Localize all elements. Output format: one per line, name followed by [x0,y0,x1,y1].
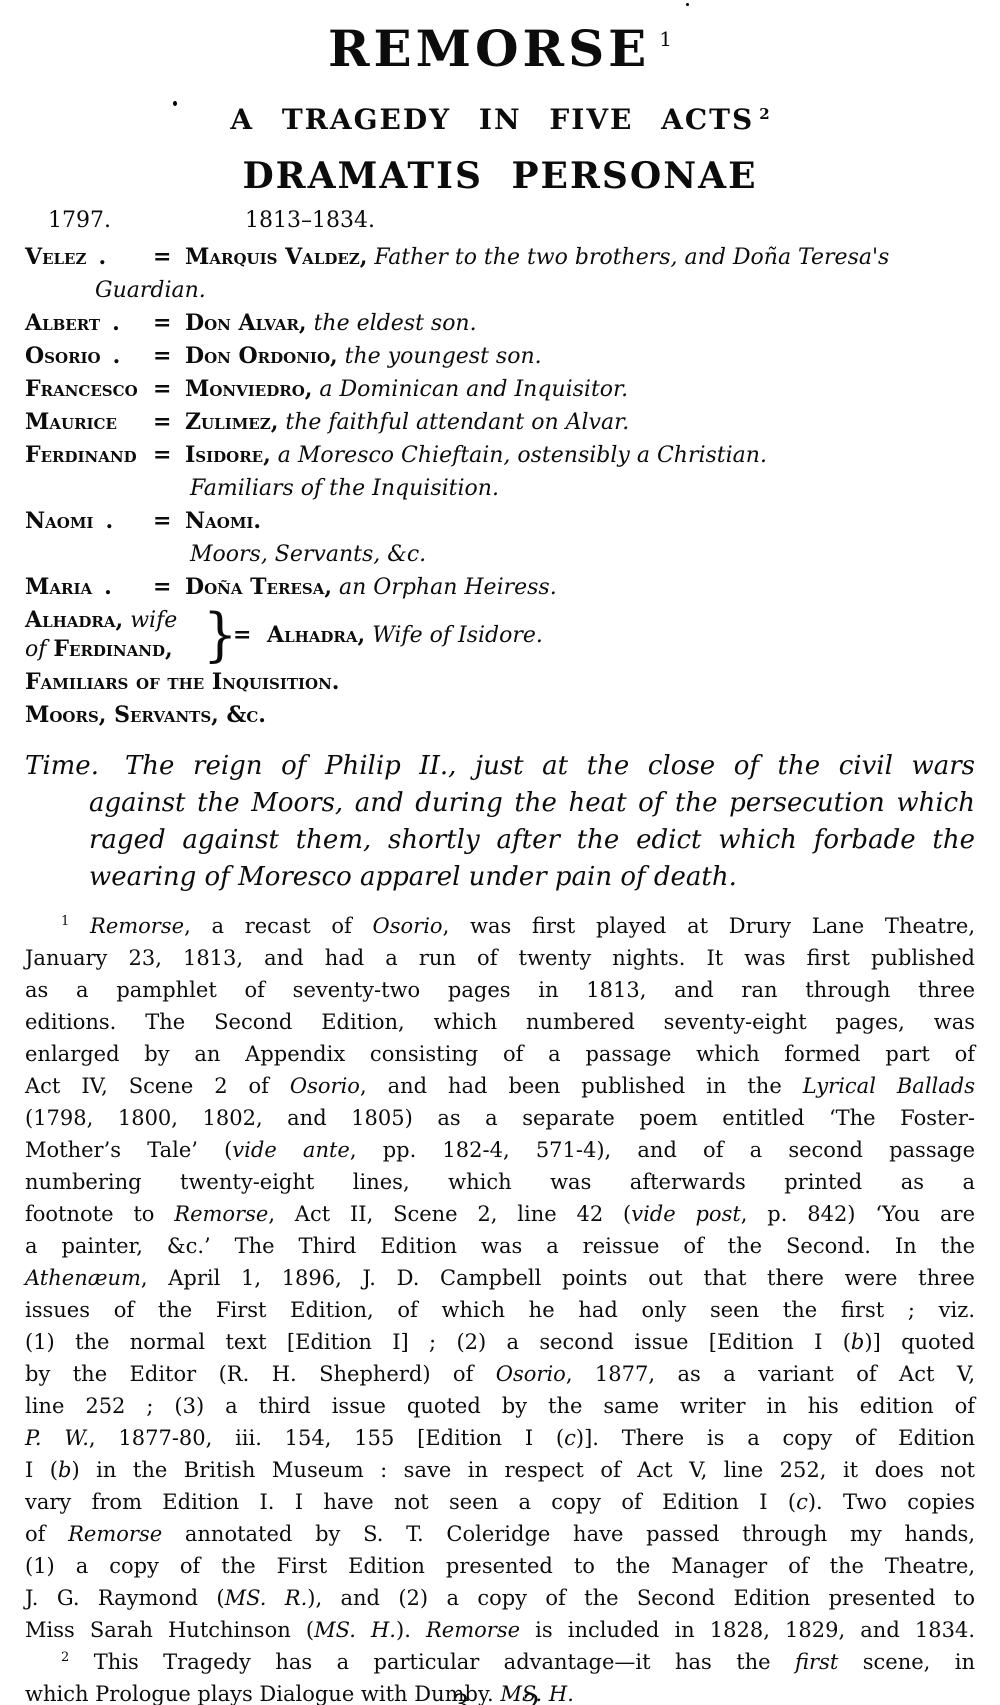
cast-desc: Don Alvar, the eldest son. [185,307,975,340]
cast-row-velez: Velez. = Marquis Valdez, Father to the t… [25,241,975,274]
text-line: (1) the normal text [Edition I] ; (2) a … [25,1326,975,1358]
text-line: numbering twenty-eight lines, which was … [25,1166,975,1198]
cast-row-osorio: Osorio. = Don Ordonio, the youngest son. [25,340,975,373]
text-line: P. W., 1877-80, iii. 154, 155 [Edition I… [25,1422,975,1454]
subtitle: A TRAGEDY IN FIVE ACTS2 [25,106,975,134]
text-line: line 252 ; (3) a third issue quoted by t… [25,1390,975,1422]
year-1813-1834: 1813–1834. [245,208,375,233]
scanned-book-page: { "header": { "title": "REMORSE", "title… [0,0,1000,1705]
text-line: Athenæum, April 1, 1896, J. D. Campbell … [25,1262,975,1294]
title-text: REMORSE [328,19,650,78]
text-line: Miss Sarah Hutchinson (MS. H.). Remorse … [25,1614,975,1646]
text-line: Act IV, Scene 2 of Osorio, and had been … [25,1070,975,1102]
equals-sign: = [153,340,185,373]
year-1797: 1797. [48,208,111,233]
text-line: footnote to Remorse, Act II, Scene 2, li… [25,1198,975,1230]
text-line: Time. The reign of Philip II., just at t… [25,748,975,785]
dot-leader: . [112,310,120,336]
text-line: January 23, 1813, and had a run of twent… [25,942,975,974]
cast-desc: Zulimez, the faithful attendant on Alvar… [185,406,975,439]
cast-list: Velez. = Marquis Valdez, Father to the t… [25,241,975,732]
dot-leader: . [113,343,121,369]
equals-sign: = [153,505,185,538]
cast-desc: Alhadra, Wife of Isidore. [267,622,543,648]
text-line: (1798, 1800, 1802, and 1805) as a separa… [25,1102,975,1134]
cast-group-familiars: Familiars of the Inquisition. [25,666,975,699]
scan-speck [686,3,689,6]
text-line: issues of the First Edition, of which he… [25,1294,975,1326]
cast-row-maria: Maria. = Doña Teresa, an Orphan Heiress. [25,571,975,604]
brace-glyph: } [203,606,233,664]
text-line: against the Moors, and during the heat o… [25,785,975,822]
text-line: J. G. Raymond (MS. R.), and (2) a copy o… [25,1582,975,1614]
cast-name: Maurice [25,409,117,435]
cast-desc-continuation: Moors, Servants, &c. [25,538,975,571]
text-line: 2 This Tragedy has a particular advantag… [25,1646,975,1678]
cast-group-moors: Moors, Servants, &c. [25,699,975,732]
cast-row-francesco: Francesco = Monviedro, a Dominican and I… [25,373,975,406]
footnote-ref-2: 2 [759,105,769,123]
dramatis-personae-heading: DRAMATIS PERSONAE [25,158,975,194]
cast-name: Osorio [25,343,101,369]
equals-sign: = [233,622,267,648]
cast-name: Naomi [25,508,93,534]
cast-desc: Doña Teresa, an Orphan Heiress. [185,571,975,604]
cast-desc: Isidore, a Moresco Chieftain, ostensibly… [185,439,975,472]
cast-row-ferdinand: Ferdinand = Isidore, a Moresco Chieftain… [25,439,975,472]
footnote-1: 1 Remorse, a recast of Osorio, was first… [25,910,975,1646]
page-body: REMORSE1 A TRAGEDY IN FIVE ACTS2 DRAMATI… [0,0,1000,1705]
cast-desc: Naomi. [185,505,975,538]
cast-desc: Don Ordonio, the youngest son. [185,340,975,373]
text-line: (1) a copy of the First Edition presente… [25,1550,975,1582]
cast-name: Maria [25,574,92,600]
page-signature-fragment: 3 2 [452,1691,541,1705]
text-line: of Remorse annotated by S. T. Coleridge … [25,1518,975,1550]
text-line: wearing of Moresco apparel under pain of… [25,859,975,896]
cast-desc-continuation: Guardian. [25,274,975,307]
cast-row-naomi: Naomi. = Naomi. [25,505,975,538]
subtitle-text: A TRAGEDY IN FIVE ACTS [230,103,754,136]
text-line: a painter, &c.’ The Third Edition was a … [25,1230,975,1262]
text-line: editions. The Second Edition, which numb… [25,1006,975,1038]
text-line: 1 Remorse, a recast of Osorio, was first… [25,910,975,942]
equals-sign: = [153,307,185,340]
text-line: enlarged by an Appendix consisting of a … [25,1038,975,1070]
cast-desc: Monviedro, a Dominican and Inquisitor. [185,373,975,406]
cast-name: Albert [25,310,100,336]
text-line: Mother’s Tale’ (vide ante, pp. 182-4, 57… [25,1134,975,1166]
time-setting-note: Time. The reign of Philip II., just at t… [25,748,975,896]
equals-sign: = [153,439,185,472]
text-line: as a pamphlet of seventy-two pages in 18… [25,974,975,1006]
cast-desc: Marquis Valdez, Father to the two brothe… [185,241,975,274]
text-line: raged against them, shortly after the ed… [25,822,975,859]
scan-speck [173,101,177,106]
alhadra-left-line1: Alhadra, wife [25,606,203,635]
equals-sign: = [153,571,185,604]
cast-desc-continuation: Familiars of the Inquisition. [25,472,975,505]
dot-leader: . [105,508,113,534]
equals-sign: = [153,373,185,406]
alhadra-left-line2: of Ferdinand, [25,635,203,664]
footnote-ref-1: 1 [659,27,672,51]
dot-leader: . [98,244,106,270]
dot-leader: . [104,574,112,600]
cast-name: Ferdinand [25,442,137,468]
equals-sign: = [153,241,185,274]
text-line: by the Editor (R. H. Shepherd) of Osorio… [25,1358,975,1390]
cast-row-alhadra: Alhadra, wife of Ferdinand, } = Alhadra,… [25,604,975,666]
cast-name: Velez [25,244,86,270]
text-line: I (b) in the British Museum : save in re… [25,1454,975,1486]
cast-row-albert: Albert. = Don Alvar, the eldest son. [25,307,975,340]
text-line: vary from Edition I. I have not seen a c… [25,1486,975,1518]
page-title: REMORSE1 [25,24,975,74]
cast-row-maurice: Maurice = Zulimez, the faithful attendan… [25,406,975,439]
version-years: 1797.1813–1834. [25,210,975,232]
cast-name: Francesco [25,376,138,402]
equals-sign: = [153,406,185,439]
